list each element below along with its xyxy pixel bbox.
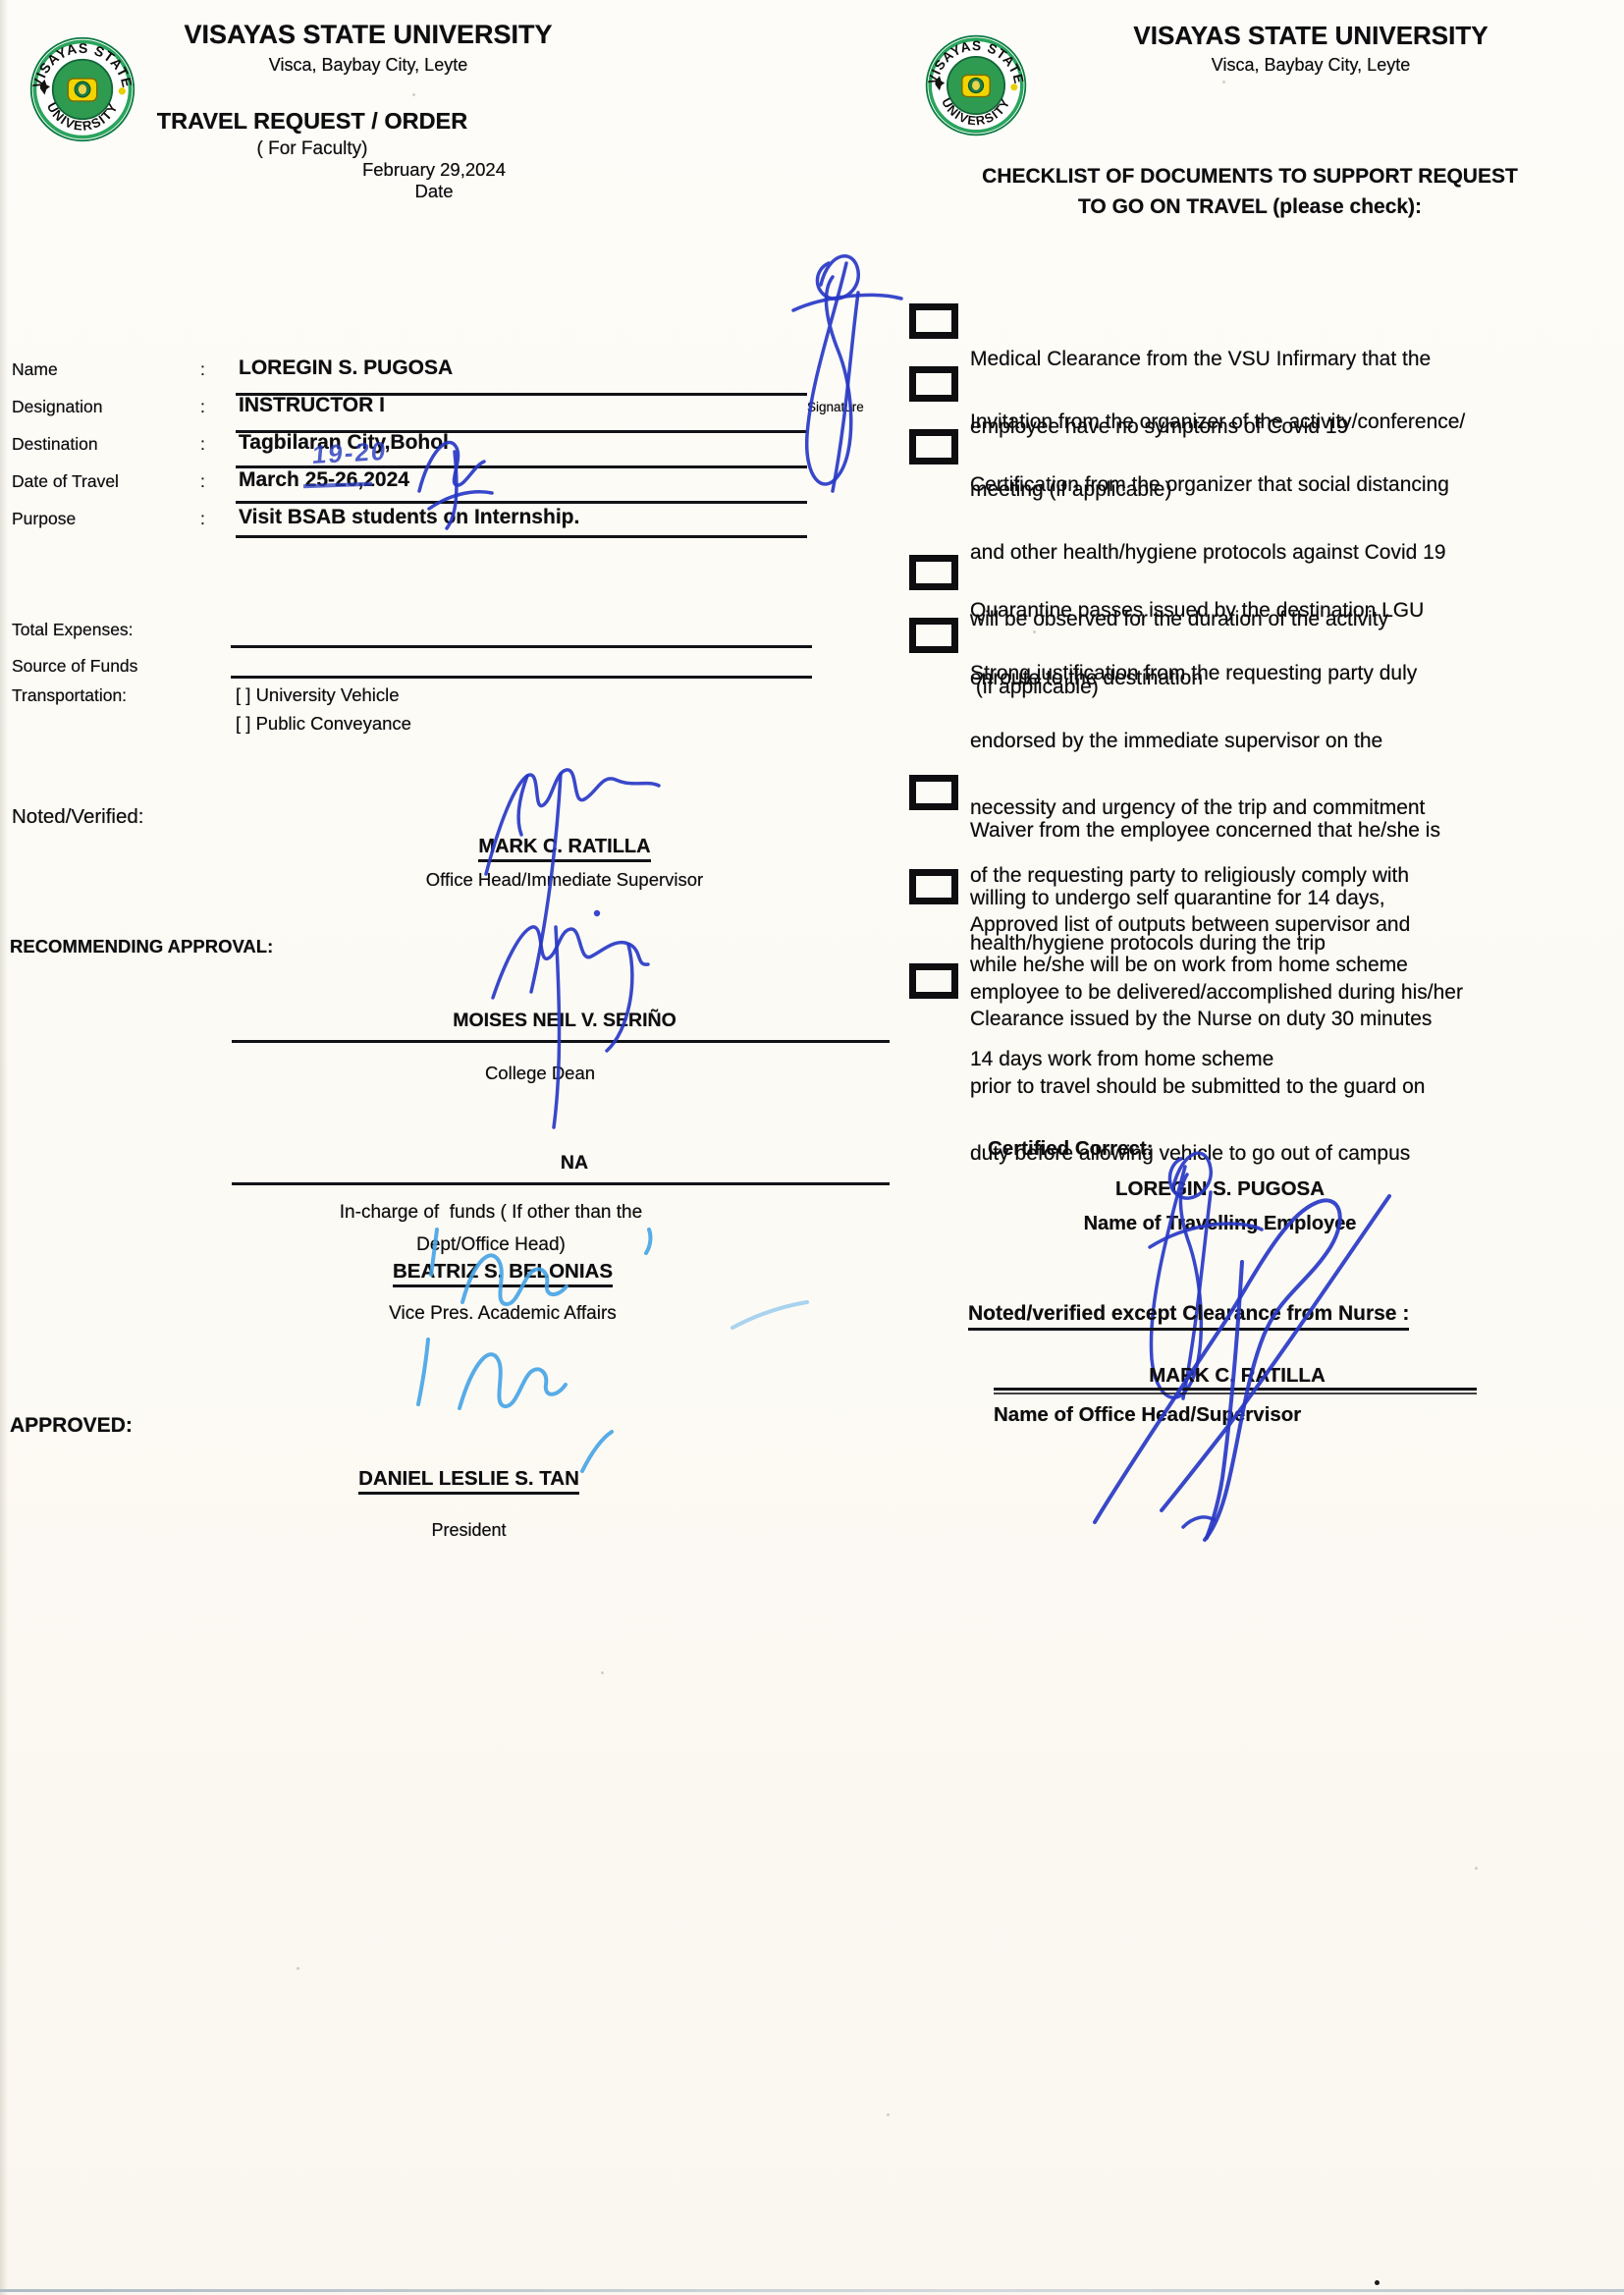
checklist-title-line1: CHECKLIST OF DOCUMENTS TO SUPPORT REQUES… xyxy=(892,165,1608,189)
date-value: February 29,2024 xyxy=(321,159,547,180)
checklist-line: Certification from the organizer that so… xyxy=(970,469,1618,501)
checklist-title-line2: TO GO ON TRAVEL (please check): xyxy=(892,195,1608,219)
checklist-item-8: Clearance issued by the Nurse on duty 30… xyxy=(970,967,1618,1206)
checkbox-brackets: [ ] xyxy=(236,713,250,734)
checkbox-item-6 xyxy=(909,775,958,810)
university-address-right: Visca, Baybay City, Leyte xyxy=(1051,55,1571,76)
checkbox-item-8 xyxy=(909,963,958,999)
colon: : xyxy=(200,509,205,528)
transportation-label: Transportation: xyxy=(12,685,127,705)
checkbox-item-3 xyxy=(909,429,958,464)
scan-speck xyxy=(297,1967,299,1970)
stray-pen-mark xyxy=(729,1298,812,1333)
checkbox-item-7 xyxy=(909,869,958,904)
university-seal-right: VISAYAS STATE UNIVERSITY xyxy=(921,33,1031,137)
recommending-approval-label: RECOMMENDING APPROVAL: xyxy=(10,936,273,956)
handwritten-date-correction: 19-20 xyxy=(311,437,389,470)
transport-option-label: Public Conveyance xyxy=(256,713,411,734)
university-address-left: Visca, Baybay City, Leyte xyxy=(113,55,623,76)
field-label-date-of-travel: Date of Travel xyxy=(12,471,119,491)
noted-verified-label: Noted/Verified: xyxy=(12,805,143,829)
field-label-name: Name xyxy=(12,359,58,379)
checklist-line: endorsed by the immediate supervisor on … xyxy=(970,726,1618,757)
approved-label: APPROVED: xyxy=(10,1414,133,1438)
scan-speck xyxy=(412,93,415,96)
checklist-line: Clearance issued by the Nurse on duty 30… xyxy=(970,1004,1618,1035)
scan-speck xyxy=(1475,1867,1478,1870)
colon: : xyxy=(200,434,205,454)
scan-speck xyxy=(601,1671,604,1674)
scan-speck xyxy=(1033,630,1036,633)
checklist-line: Strong justification from the requesting… xyxy=(970,658,1618,689)
checkbox-item-1 xyxy=(909,303,958,339)
checkbox-item-4 xyxy=(909,555,958,590)
field-value-designation: INSTRUCTOR I xyxy=(239,394,385,417)
university-name-left: VISAYAS STATE UNIVERSITY xyxy=(113,20,623,50)
scan-speck xyxy=(887,2113,890,2116)
transport-option-university-vehicle: [ ] University Vehicle xyxy=(236,684,400,705)
form-title: TRAVEL REQUEST / ORDER xyxy=(116,108,509,135)
date-label: Date xyxy=(321,181,547,201)
funds-line xyxy=(232,1182,890,1185)
field-label-purpose: Purpose xyxy=(12,509,76,528)
signature-moises-serino xyxy=(479,902,671,1132)
transport-option-label: University Vehicle xyxy=(256,684,400,705)
scan-bottom-edge xyxy=(0,2289,1624,2292)
source-of-funds-line xyxy=(231,676,812,679)
colon: : xyxy=(200,359,205,379)
field-value-date-of-travel: March 25-26,2024 xyxy=(239,468,409,492)
checklist-line: Approved list of outputs between supervi… xyxy=(970,909,1618,941)
transport-option-public-conveyance: [ ] Public Conveyance xyxy=(236,713,411,734)
checkbox-brackets: [ ] xyxy=(236,684,250,705)
checklist-line: Waiver from the employee concerned that … xyxy=(970,815,1618,847)
president-name-text: DANIEL LESLIE S. TAN xyxy=(358,1467,579,1495)
scan-speck xyxy=(1222,81,1225,83)
checkbox-item-5 xyxy=(909,618,958,653)
president-title: President xyxy=(290,1520,648,1541)
field-underline xyxy=(236,501,807,504)
field-label-destination: Destination xyxy=(12,434,98,454)
total-expenses-line xyxy=(231,645,812,648)
total-expenses-label: Total Expenses: xyxy=(12,620,134,639)
handwritten-initials-scribble xyxy=(398,420,511,533)
field-underline xyxy=(236,535,807,538)
form-subtitle: ( For Faculty) xyxy=(116,138,509,160)
scanned-travel-request-document: VISAYAS STATE UNIVERSITY VISAYAS STATE U… xyxy=(0,0,1624,2295)
colon: : xyxy=(200,471,205,491)
funds-incharge-value: NA xyxy=(511,1152,638,1174)
signature-flourish-check xyxy=(574,1426,620,1477)
scan-left-edge-shadow xyxy=(0,0,8,2295)
scan-speck-dark xyxy=(1375,2280,1380,2285)
field-label-designation: Designation xyxy=(12,397,102,416)
field-value-name: LOREGIN S. PUGOSA xyxy=(239,356,453,380)
colon: : xyxy=(200,397,205,416)
signature-mark-ratilla-2 xyxy=(1036,1178,1419,1552)
checkbox-item-2 xyxy=(909,366,958,402)
source-of-funds-label: Source of Funds xyxy=(12,656,137,676)
signature-daniel-tan xyxy=(393,1312,623,1432)
university-name-right: VISAYAS STATE UNIVERSITY xyxy=(1051,22,1571,51)
signature-loregin-pugosa xyxy=(764,234,906,509)
checklist-line: prior to travel should be submitted to t… xyxy=(970,1071,1618,1103)
